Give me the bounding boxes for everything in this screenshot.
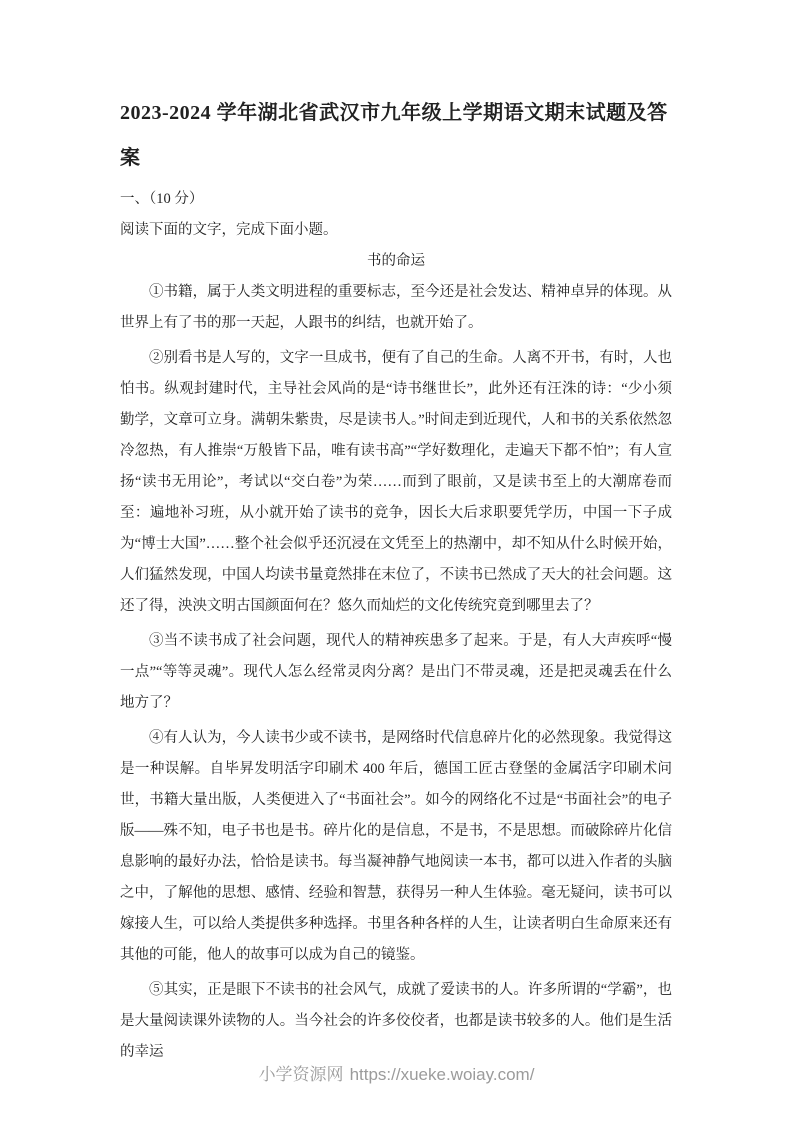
essay-title: 书的命运: [120, 246, 672, 277]
page-footer-watermark: 小学资源网https://xueke.woiay.com/: [0, 1063, 793, 1087]
essay-paragraph-4: ④有人认为，今人读书少或不读书，是网络时代信息碎片化的必然现象。我觉得这是一种误…: [120, 723, 672, 971]
footer-site-name: 小学资源网: [259, 1065, 344, 1084]
essay-paragraph-3: ③当不读书成了社会问题，现代人的精神疾患多了起来。于是，有人大声疾呼“慢一点”“…: [120, 626, 672, 719]
reading-instruction: 阅读下面的文字，完成下面小题。: [120, 215, 672, 246]
document-content: 2023-2024 学年湖北省武汉市九年级上学期语文期末试题及答案 一、（10 …: [0, 0, 793, 1068]
essay-paragraph-5: ⑤其实，正是眼下不读书的社会风气，成就了爱读书的人。许多所谓的“学霸”，也是大量…: [120, 975, 672, 1068]
document-title: 2023-2024 学年湖北省武汉市九年级上学期语文期末试题及答案: [120, 91, 672, 181]
footer-site-url: https://xueke.woiay.com/: [350, 1065, 535, 1084]
essay-paragraph-2: ②别看书是人写的，文字一旦成书，便有了自己的生命。人离不开书，有时，人也怕书。纵…: [120, 343, 672, 622]
document-page: 2023-2024 学年湖北省武汉市九年级上学期语文期末试题及答案 一、（10 …: [0, 0, 793, 1122]
section-heading: 一、（10 分）: [120, 184, 672, 215]
essay-paragraph-1: ①书籍，属于人类文明进程的重要标志，至今还是社会发达、精神卓异的体现。从世界上有…: [120, 277, 672, 339]
